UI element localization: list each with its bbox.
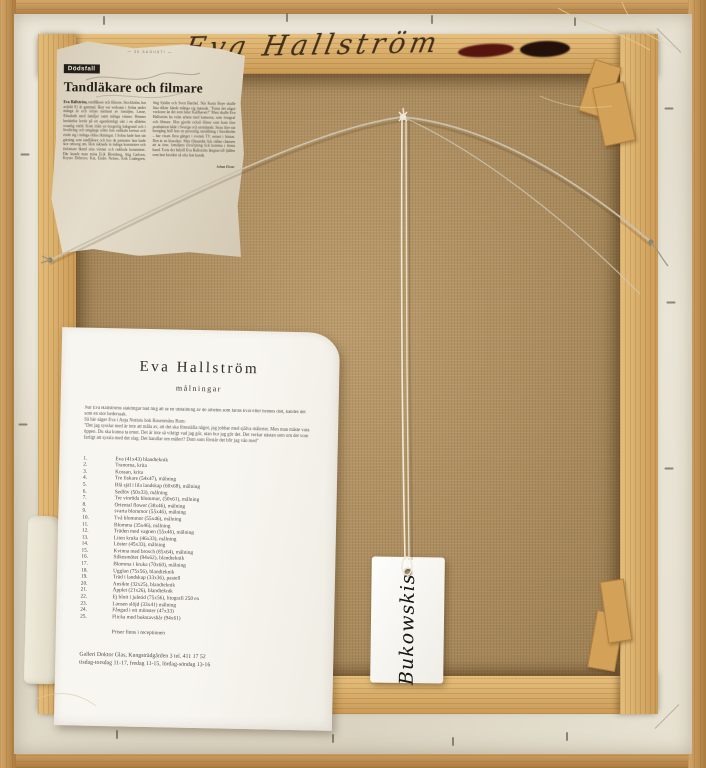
clipping-byline: Johan Elster — [63, 163, 235, 169]
auction-tag: Bukowskis — [370, 556, 445, 683]
price-list-document: Eva Hallström målningar När Eva Hallströ… — [54, 327, 340, 731]
staple — [667, 302, 676, 304]
clipping-body-text: tandläkare och filmare, Stockholm, har a… — [63, 100, 236, 161]
staple — [665, 108, 674, 110]
document-subtitle: målningar — [85, 382, 313, 396]
staple — [566, 732, 568, 741]
staple — [431, 15, 433, 24]
staple — [286, 13, 288, 22]
document-title: Eva Hallström — [85, 358, 313, 380]
document-intro: När Eva Hallströms släktingar bad mig at… — [84, 406, 313, 447]
painting-back-photo: Eva Hallström — 30 AUGUSTI — Dödsfall Ta… — [0, 0, 706, 768]
clipping-lead: Eva Hallström, — [63, 100, 88, 104]
clipping-headline: Tandläkare och filmare — [64, 79, 236, 97]
artwork-list: 1. Eva (41x43) blandteknik 2. Tranorna, … — [80, 455, 311, 625]
clipping-section-label: Dödsfall — [64, 64, 100, 73]
clipping-masthead: — 30 AUGUSTI — — [64, 49, 236, 55]
item-label: Flicka med bokstavshår (94x61) — [112, 614, 181, 622]
staple — [574, 17, 576, 26]
staple — [103, 16, 105, 25]
gallery-footer: Galleri Doktor Glas, Kungsträdgården 3 t… — [79, 652, 307, 672]
staple — [452, 737, 454, 746]
staple — [21, 154, 30, 156]
staple — [116, 730, 118, 739]
tag-label: Bukowskis — [370, 578, 444, 679]
price-note: Priser finns i receptionen — [112, 630, 308, 640]
item-number: 25. — [80, 613, 94, 620]
staple — [665, 468, 674, 470]
newspaper-clipping: — 30 AUGUSTI — Dödsfall Tandläkare och f… — [51, 41, 245, 257]
staple — [332, 734, 334, 743]
clipping-body: Eva Hallström, tandläkare och filmare, S… — [63, 100, 236, 163]
staple — [19, 424, 28, 426]
